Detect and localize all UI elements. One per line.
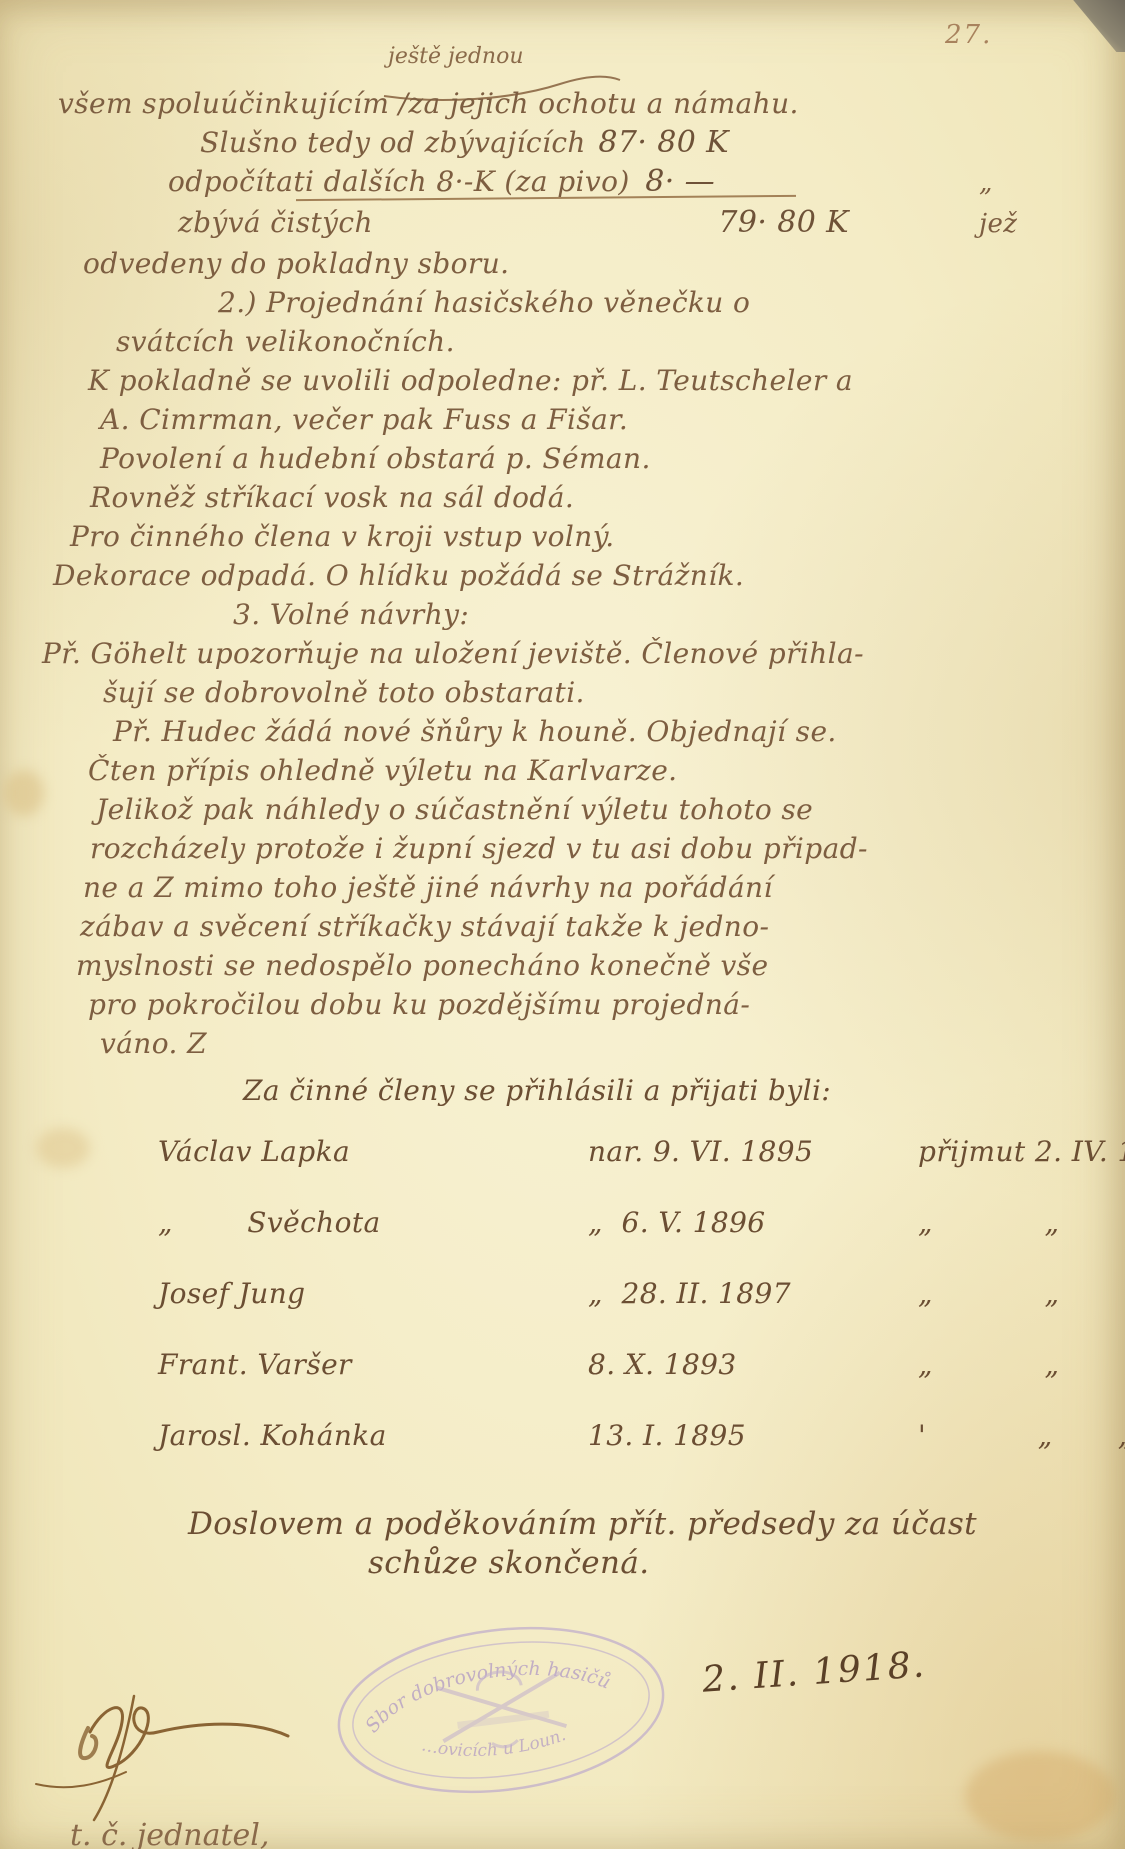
text-line: Pro činného člena v kroji vstup volný. xyxy=(28,517,1099,556)
finance-label: odpočítati dalších 8·-K (za pivo) xyxy=(168,162,630,201)
text-line: váno. Z xyxy=(28,1024,1099,1063)
member-name: Václav Lapka xyxy=(28,1116,588,1187)
finance-row: zbývá čistých 79· 80 K jež xyxy=(28,203,1099,244)
page-number: 27. xyxy=(945,20,992,50)
text-line: Jelikož pak náhledy o súčastnění výletu … xyxy=(28,790,1099,829)
manuscript-page: 27. ještě jednou všem spoluúčinkujícím /… xyxy=(0,0,1125,1849)
member-row: Frant. Varšer 8. X. 1893 „ „ „ xyxy=(28,1329,1099,1400)
text-line: Př. Hudec žádá nové šňůry k houně. Objed… xyxy=(28,712,1099,751)
paper-stain xyxy=(965,1751,1115,1841)
text-line: Př. Göhelt upozorňuje na uložení jeviště… xyxy=(28,634,1099,673)
member-born: nar. 9. VI. 1895 xyxy=(588,1116,918,1187)
members-list: Václav Lapka nar. 9. VI. 1895 přijmut 2.… xyxy=(28,1116,1099,1471)
member-born: „ 28. II. 1897 xyxy=(588,1258,918,1329)
closing-line: schůze skončená. xyxy=(28,1544,1099,1583)
text-line: šují se dobrovolně toto obstarati. xyxy=(28,673,1099,712)
member-name: Jarosl. Kohánka xyxy=(28,1400,588,1471)
text-line: K pokladně se uvolili odpoledne: př. L. … xyxy=(28,361,1099,400)
text-line: pro pokročilou dobu ku pozdějšímu projed… xyxy=(28,985,1099,1024)
member-born: 8. X. 1893 xyxy=(588,1329,918,1400)
member-name: „ Svěchota xyxy=(28,1187,588,1258)
text-line: odvedeny do pokladny sboru. xyxy=(28,244,1099,283)
member-admitted: „ „ „ xyxy=(918,1187,1125,1258)
member-row: Jarosl. Kohánka 13. I. 1895 ' „ „ xyxy=(28,1400,1099,1471)
text-line: všem spoluúčinkujícím /za jejich ochotu … xyxy=(28,84,1099,123)
member-admitted: „ „ „ xyxy=(918,1329,1125,1400)
text-line: 2.) Projednání hasičského věnečku o xyxy=(28,283,1099,322)
signature-caption: t. č. jednatel, xyxy=(70,1818,269,1849)
finance-suffix: „ xyxy=(945,164,1099,203)
closing-line: Doslovem a poděkováním přít. předsedy za… xyxy=(28,1505,1099,1544)
fire-brigade-stamp: Sbor dobrovolných hasičů …ovicích u Loun… xyxy=(319,1602,684,1819)
page-corner-shade xyxy=(1051,0,1125,52)
member-born: 13. I. 1895 xyxy=(588,1400,918,1471)
text-line: svátcích velikonočních. xyxy=(28,322,1099,361)
text-line: Dekorace odpadá. O hlídku požádá se Strá… xyxy=(28,556,1099,595)
finance-amount: 79· 80 K xyxy=(718,203,849,242)
member-row: „ Svěchota „ 6. V. 1896 „ „ „ xyxy=(28,1187,1099,1258)
member-admitted: ' „ „ xyxy=(918,1400,1125,1471)
text-line: zábav a svěcení stříkačky stávají takže … xyxy=(28,907,1099,946)
member-row: Václav Lapka nar. 9. VI. 1895 přijmut 2.… xyxy=(28,1116,1099,1187)
finance-row: Slušno tedy od zbývajících 87· 80 K xyxy=(28,123,1099,162)
handwritten-date: 2. II. 1918. xyxy=(701,1644,928,1701)
text-line: A. Cimrman, večer pak Fuss a Fišar. xyxy=(28,400,1099,439)
members-intro: Za činné členy se přihlásili a přijati b… xyxy=(28,1071,1099,1110)
signature-flourish xyxy=(30,1688,320,1828)
member-name: Frant. Varšer xyxy=(28,1329,588,1400)
finance-amount: 87· 80 K xyxy=(598,123,729,162)
member-row: Josef Jung „ 28. II. 1897 „ „ „ xyxy=(28,1258,1099,1329)
member-admitted: „ „ „ xyxy=(918,1258,1125,1329)
member-admitted: přijmut 2. IV. 1914. xyxy=(918,1116,1125,1187)
text-line: Čten přípis ohledně výletu na Karlvarze. xyxy=(28,751,1099,790)
text-line: rozcházely protože i župní sjezd v tu as… xyxy=(28,829,1099,868)
member-name: Josef Jung xyxy=(28,1258,588,1329)
finance-label: zbývá čistých xyxy=(178,203,373,242)
member-born: „ 6. V. 1896 xyxy=(588,1187,918,1258)
section-heading: 3. Volné návrhy: xyxy=(28,595,1099,634)
text-line: Rovněž stříkací vosk na sál dodá. xyxy=(28,478,1099,517)
finance-suffix: jež xyxy=(945,205,1099,244)
text-line: Povolení a hudební obstará p. Séman. xyxy=(28,439,1099,478)
finance-label: Slušno tedy od zbývajících xyxy=(200,123,586,162)
handwritten-text-block: všem spoluúčinkujícím /za jejich ochotu … xyxy=(28,84,1099,1583)
text-line: myslnosti se nedospělo ponecháno konečně… xyxy=(28,946,1099,985)
text-line: ne a Z mimo toho ještě jiné návrhy na po… xyxy=(28,868,1099,907)
